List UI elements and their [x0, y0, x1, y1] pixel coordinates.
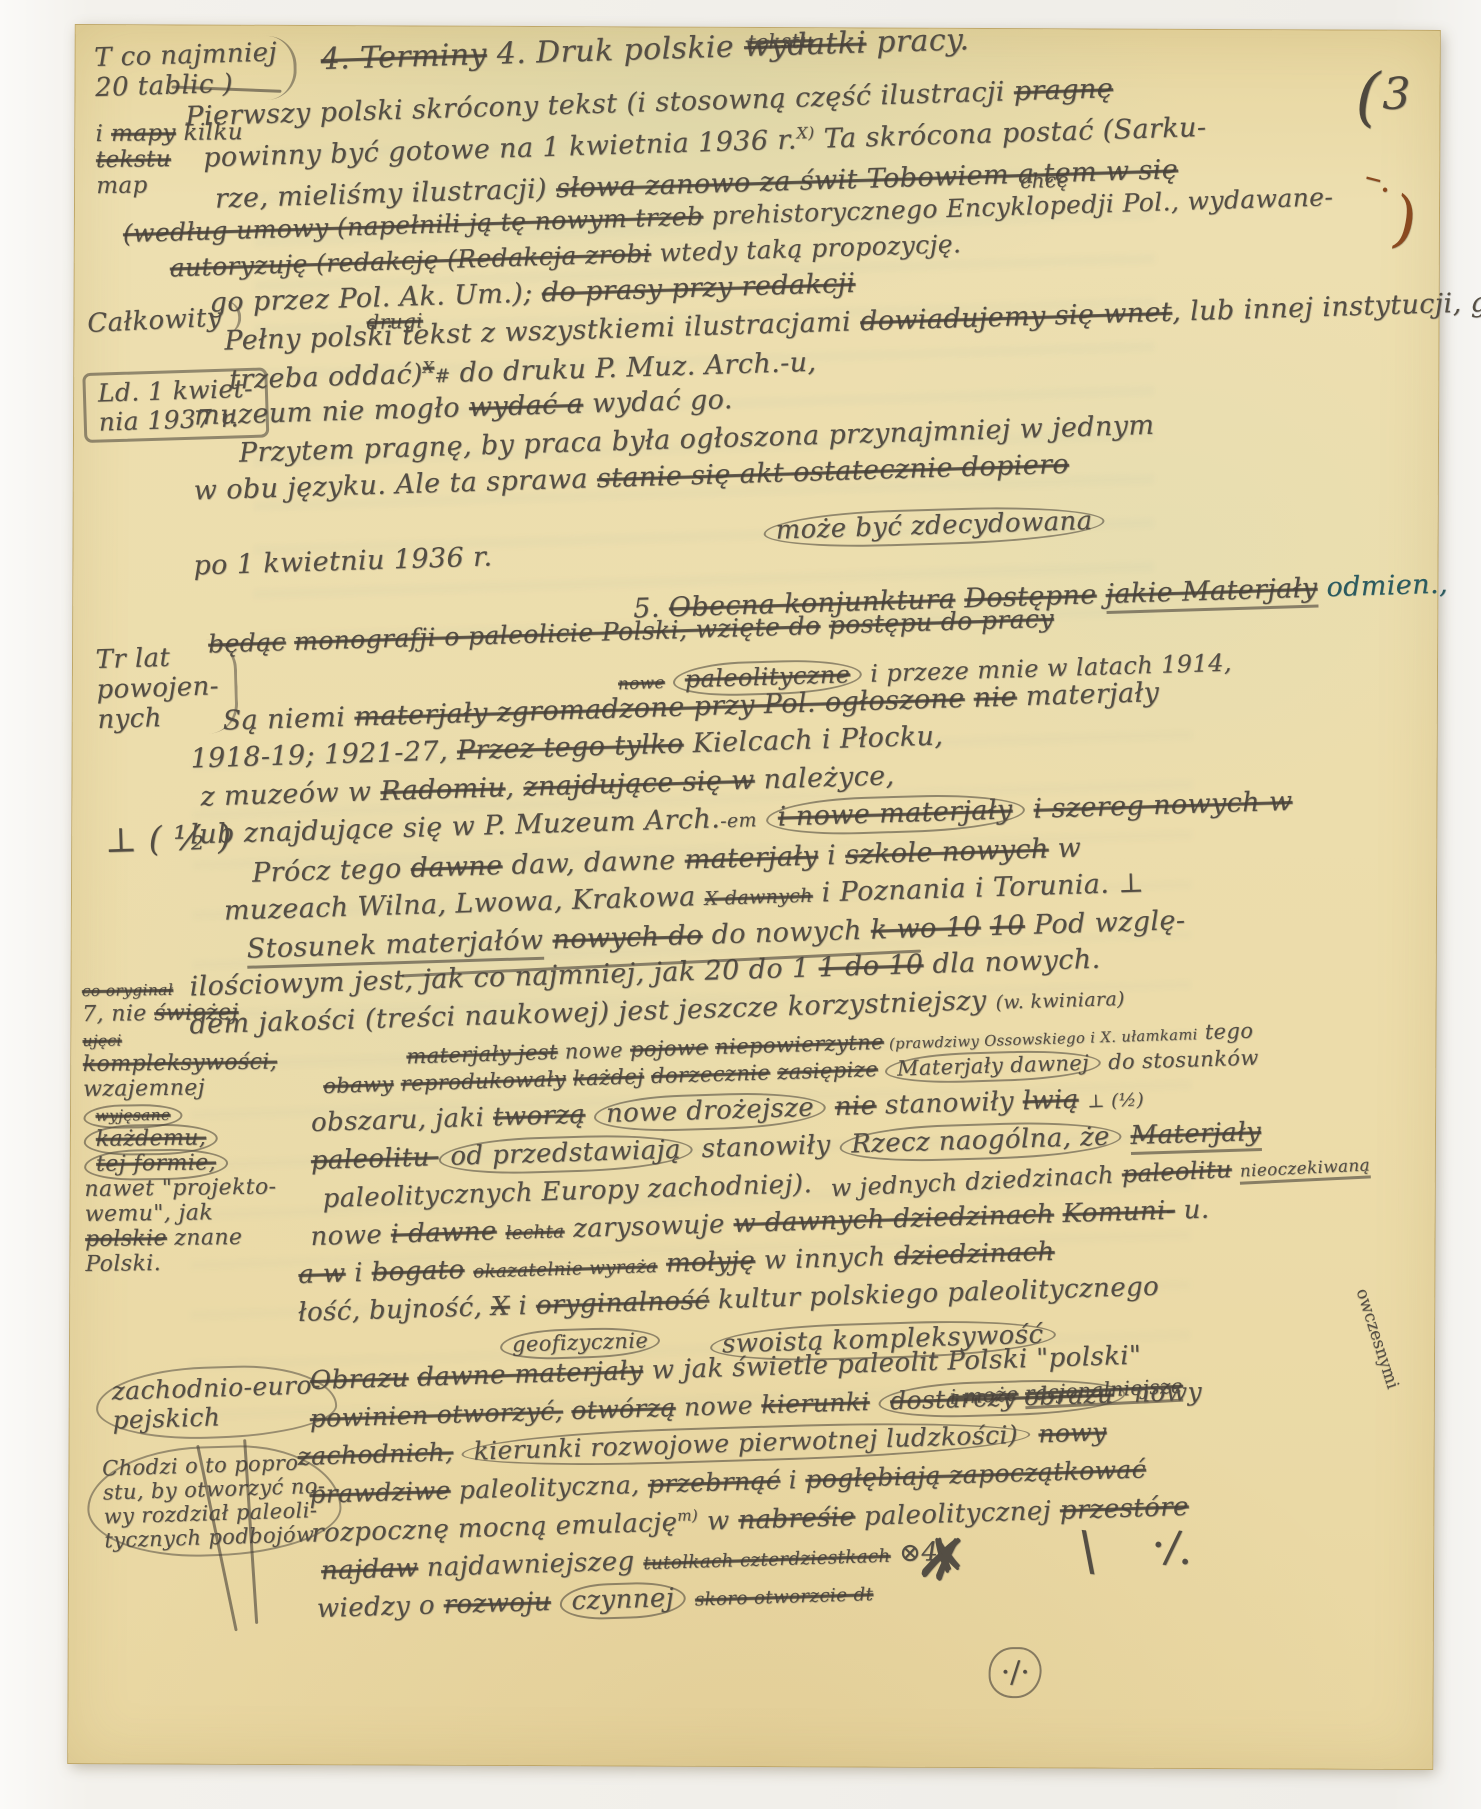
handwriting-segment: "polski": [1036, 1341, 1142, 1374]
handwriting-segment: Tr lat: [95, 643, 171, 675]
handwriting-segment: Kielcach i Płocku,: [683, 721, 944, 760]
handwriting-segment: Radomiu: [380, 772, 506, 807]
handwriting-segment: postępu do pracy: [828, 604, 1054, 640]
handwriting-segment: polskie: [85, 1226, 167, 1252]
handwriting-segment: tutolkach czterdziestkach: [643, 1546, 891, 1575]
margin-note-line: Całkowity: [87, 303, 223, 339]
handwriting-segment: Komuni-: [1062, 1196, 1175, 1229]
handwriting-segment: nowe: [310, 1220, 391, 1252]
handwriting-segment: najdaw: [321, 1553, 419, 1586]
handwriting-segment: u.: [1174, 1195, 1209, 1226]
handwriting-segment: tycznych podbojów: [104, 1522, 315, 1552]
handwriting-layer: tekstu4. Terminy 4. Druk polskie wydatki…: [76, 25, 1440, 31]
handwriting-segment: i nowe materjały: [765, 792, 1025, 837]
margin-note-line: Tr lat: [95, 641, 218, 675]
handwriting-segment: [453, 1437, 462, 1466]
handwriting-segment: ,: [505, 772, 524, 804]
handwriting-segment: w: [1048, 832, 1081, 864]
manuscript-page: (3 T co najmniej20 tablic )i mapy kilkut…: [68, 25, 1440, 1769]
handwriting-segment: bogato: [371, 1255, 465, 1288]
handwriting-segment: nych: [97, 703, 162, 735]
handwriting-segment: do stosunków: [1101, 1046, 1259, 1075]
handwriting-segment: materjały: [1016, 677, 1159, 712]
margin-note-line: polskie znane: [85, 1225, 280, 1253]
handwriting-segment: powinny być gotowe na 1 kwietnia 1936 r.: [203, 124, 797, 173]
handwriting-segment: do prasy przy redakcji: [541, 268, 856, 309]
handwriting-segment: X): [796, 123, 815, 143]
handwriting-segment: może być zdecydowana: [763, 504, 1105, 550]
margin-note: T co najmniej20 tablic ): [94, 35, 298, 105]
handwriting-segment: otwórzą: [571, 1393, 676, 1425]
handwriting-segment: X dawnych: [704, 885, 813, 910]
handwriting-segment: powojen-: [96, 671, 219, 705]
handwriting-segment: znane: [167, 1225, 243, 1251]
handwriting-segment: nowy: [1125, 1377, 1202, 1408]
handwriting-segment: czynnej: [559, 1581, 687, 1621]
correction-mark: –.: [1361, 156, 1398, 202]
handwriting-segment: dawne: [410, 850, 503, 884]
handwriting-segment: każdej: [573, 1064, 645, 1090]
handwriting-segment: daw, dawne: [502, 845, 685, 882]
handwriting-segment: paleolitu: [1121, 1155, 1232, 1188]
margin-note-line: kompleksywości,: [83, 1050, 278, 1078]
handwriting-segment: w jak świetle paleolit Polski: [643, 1344, 1037, 1386]
margin-note-line: nych: [97, 701, 220, 735]
page-number-digit: 3: [1382, 69, 1410, 120]
handwriting-segment: stanowiły: [693, 1130, 840, 1164]
handwriting-segment: zachodnich,: [297, 1437, 454, 1471]
scan-canvas: { "document": { "kind": "handwritten man…: [0, 0, 1481, 1809]
manuscript-line: geofizycznie: [500, 1328, 661, 1357]
margin-note-line: powojen-: [96, 671, 219, 705]
handwriting-segment: z muzeów w: [200, 776, 381, 812]
handwriting-segment: powinien otworzyć,: [309, 1396, 563, 1433]
handwriting-segment: Przez tego tylko: [456, 728, 684, 766]
handwriting-segment: i: [818, 840, 846, 872]
handwriting-segment: materjały jest: [406, 1040, 558, 1069]
margin-note-line: wzajemnej: [83, 1075, 278, 1103]
handwriting-segment: [878, 1057, 886, 1081]
handwriting-segment: [664, 666, 673, 694]
handwriting-segment: Prócz tego: [252, 853, 411, 889]
handwriting-segment: nowe: [618, 672, 665, 693]
handwriting-segment: skoro otworzcie dt: [695, 1584, 874, 1610]
manuscript-line: będąc monografji o paleolicie Polski, wz…: [208, 604, 1055, 659]
handwriting-segment: i: [345, 1258, 372, 1289]
handwriting-segment: kultur polskiego paleolitycznego: [709, 1272, 1160, 1316]
handwriting-segment: ujęci: [82, 1032, 122, 1051]
handwriting-segment: i: [780, 1465, 806, 1495]
page-number-paren: (: [1355, 61, 1380, 135]
margin-note-line: wemu", jak: [85, 1200, 280, 1228]
handwriting-segment: nieoczekiwaną: [1239, 1154, 1370, 1184]
scan-background: (3 T co najmniej20 tablic )i mapy kilkut…: [0, 0, 1481, 1809]
margin-note-line: wyjęsane: [83, 1100, 278, 1128]
handwriting-segment: X: [422, 357, 434, 376]
handwriting-segment: od przedstawiają: [438, 1132, 694, 1176]
handwriting-segment: wydać go.: [583, 384, 734, 420]
handwriting-segment: w obu języku. Ale ta sprawa: [193, 463, 597, 506]
handwriting-segment: dorzecznie: [651, 1060, 771, 1088]
handwriting-segment: monografji o paleolicie Polski, wzięte d…: [294, 611, 821, 656]
handwriting-segment: Polski.: [85, 1251, 161, 1277]
handwriting-segment: w innych: [755, 1242, 895, 1276]
handwriting-segment: wtedy taką propozycję.: [651, 229, 962, 267]
handwriting-segment: pragnę: [1013, 73, 1113, 107]
handwriting-segment: łość, bujność,: [298, 1292, 492, 1328]
handwriting-segment: [585, 1099, 595, 1129]
handwriting-segment: m): [677, 1506, 699, 1525]
handwriting-segment: #: [434, 365, 451, 387]
handwriting-segment: znajdujące się w: [523, 765, 755, 803]
handwriting-segment: zarysowuje: [564, 1209, 734, 1244]
handwriting-segment: pogłębiają zapoczątkować: [805, 1455, 1147, 1494]
handwriting-segment: trzeba oddać): [229, 359, 424, 396]
handwriting-segment: (w. kwiniara): [995, 988, 1125, 1014]
handwriting-segment: Rzecz naogólna, że: [839, 1119, 1123, 1164]
handwriting-segment: [550, 1587, 560, 1617]
handwriting-segment: jakie Materjały: [1105, 573, 1318, 614]
handwriting-segment: dziedzinach: [894, 1237, 1055, 1272]
handwriting-segment: wydatki: [743, 25, 866, 64]
handwriting-segment: , lub innej instytucji, gdyby: [1172, 285, 1481, 328]
handwriting-segment: T co najmniej: [94, 38, 278, 74]
handwriting-segment: zasiępize: [777, 1057, 878, 1084]
handwriting-segment: paleolityczna,: [450, 1470, 648, 1505]
handwriting-segment: nowy: [1038, 1417, 1107, 1448]
handwriting-segment: [756, 802, 766, 833]
handwriting-segment: 7, nie: [82, 1001, 154, 1027]
margin-note-line: każdemu,: [84, 1125, 279, 1153]
handwriting-segment: co oryginał: [82, 981, 174, 1000]
correction-mark: ·/.: [1148, 1519, 1198, 1576]
handwriting-segment: pojowe: [630, 1035, 709, 1061]
handwriting-segment: dowiadujemy się wnet: [860, 297, 1173, 338]
handwriting-segment: Materjały dawnej: [885, 1048, 1102, 1085]
handwriting-segment: tekstu: [96, 146, 171, 173]
handwriting-segment: dawne materjały: [417, 1356, 644, 1393]
handwriting-segment: będąc: [208, 627, 287, 658]
handwriting-segment: w: [698, 1506, 739, 1537]
handwriting-segment: w jednych dziedzinach: [830, 1160, 1122, 1202]
circled-correction-mark: ·/·: [989, 1647, 1042, 1698]
handwriting-segment: wemu", jak: [85, 1200, 214, 1227]
handwriting-segment: [1096, 579, 1106, 610]
manuscript-line: paleolitycznych Europy zachodniej).: [322, 1169, 812, 1214]
handwriting-segment: stanowiły: [876, 1086, 1023, 1120]
handwriting-segment: i: [95, 121, 111, 147]
correction-mark: ∖: [1066, 1522, 1105, 1585]
handwriting-segment: oryginalność: [535, 1285, 709, 1320]
handwriting-segment: w dawnych dziedzinach: [733, 1199, 1054, 1239]
handwriting-segment: paleolitu: [310, 1142, 438, 1176]
handwriting-segment: mołyję: [666, 1246, 756, 1279]
correction-mark: owczesnymi: [1352, 1286, 1403, 1391]
handwriting-segment: 4. Terminy: [320, 37, 487, 77]
manuscript-line: po 1 kwietniu 1936 r.: [193, 541, 493, 581]
handwriting-segment: nowe drożejsze: [593, 1090, 826, 1133]
margin-note-line: Polski.: [85, 1249, 280, 1277]
handwriting-segment: Są niemi: [222, 702, 354, 737]
handwriting-segment: materjały: [684, 841, 818, 876]
handwriting-segment: odmien.,: [1317, 569, 1448, 604]
handwriting-segment: ⊥ (½): [1087, 1090, 1144, 1113]
manuscript-line: wiedzy o rozwoju czynnej skoro otworzcie…: [316, 1577, 873, 1624]
handwriting-segment: prawdziwe: [309, 1476, 451, 1509]
handwriting-segment: należyce,: [754, 760, 895, 795]
manuscript-line: 4. Terminy 4. Druk polskie wydatki pracy…: [320, 22, 970, 77]
handwriting-segment: dla nowych.: [923, 944, 1101, 980]
handwriting-segment: do nowych: [702, 915, 871, 951]
handwriting-segment: 20 tablic ): [95, 69, 234, 103]
handwriting-segment: okazatelnie wyraża: [473, 1256, 658, 1283]
handwriting-segment: wiedzy o: [316, 1590, 444, 1624]
handwriting-segment: nabreśie: [738, 1502, 856, 1536]
handwriting-segment: Ta skrócona postać (Sarku-: [814, 112, 1207, 155]
handwriting-segment: ⊥: [1118, 868, 1145, 900]
handwriting-segment: -em: [720, 809, 757, 832]
handwriting-segment: i Poznania i Torunia.: [812, 868, 1119, 908]
handwriting-segment: 10: [989, 910, 1025, 942]
handwriting-segment: Obrazu: [309, 1363, 409, 1396]
handwriting-segment: niepowierzytne: [715, 1030, 884, 1059]
handwriting-segment: Całkowity: [87, 303, 223, 339]
handwriting-segment: nowe: [675, 1390, 761, 1422]
correction-mark: ): [1387, 181, 1424, 257]
handwriting-segment: nawet "projekto-: [84, 1175, 276, 1203]
handwriting-segment: i dawne: [390, 1216, 497, 1249]
handwriting-segment: wzajemnej: [83, 1075, 205, 1102]
handwriting-segment: reprodukowały: [400, 1067, 566, 1096]
handwriting-segment: rozpocznę mocną emulację: [311, 1508, 678, 1549]
handwriting-segment: lwią: [1022, 1085, 1079, 1117]
handwriting-segment: paleolitycznych Europy zachodniej).: [322, 1169, 812, 1214]
handwriting-segment: [869, 1387, 878, 1416]
handwriting-segment: obawy: [323, 1072, 394, 1098]
margin-note-line: T co najmniej: [94, 38, 278, 74]
handwriting-segment: muzeach Wilna, Lwowa, Krakowa: [223, 881, 705, 927]
handwriting-segment: k wo 10: [870, 911, 981, 945]
handwriting-segment: nowe: [557, 1038, 630, 1064]
handwriting-segment: mapy: [111, 120, 176, 147]
manuscript-line: może być zdecydowana: [763, 506, 1105, 546]
handwriting-segment: i: [509, 1291, 536, 1322]
handwriting-segment: nowych do: [552, 920, 703, 956]
handwriting-segment: pracy.: [866, 22, 970, 60]
handwriting-segment: przebrnąć: [647, 1466, 780, 1499]
margin-note-line: nawet "projekto-: [84, 1175, 279, 1203]
margin-note-line: pejskich: [112, 1399, 322, 1434]
handwriting-segment: łechta: [505, 1221, 565, 1244]
handwriting-segment: nie: [973, 681, 1017, 713]
handwriting-segment: tego: [1197, 1019, 1253, 1045]
handwriting-segment: Pod wzglę-: [1024, 905, 1185, 941]
handwriting-segment: kompleksywości,: [83, 1050, 278, 1078]
handwriting-segment: map: [96, 172, 148, 199]
handwriting-segment: Materjały: [1130, 1117, 1262, 1155]
margin-note: zachodnio-euro-pejskich: [95, 1363, 338, 1442]
handwriting-segment: tworzą: [493, 1100, 586, 1133]
handwriting-segment: rozwoju: [443, 1587, 551, 1620]
handwriting-segment: najdawniejszeg: [418, 1546, 644, 1583]
page-number: (3: [1355, 61, 1410, 135]
handwriting-segment: X: [490, 1292, 510, 1323]
handwriting-segment: a w: [298, 1259, 346, 1290]
margin-note-line: tej formie,: [84, 1150, 279, 1178]
handwriting-segment: po 1 kwietniu 1936 r.: [193, 541, 493, 581]
handwriting-segment: szkole nowych: [845, 833, 1049, 870]
handwriting-segment: 1918-19; 1921-27,: [190, 735, 457, 774]
handwriting-segment: kierunki: [761, 1387, 870, 1419]
handwriting-segment: 4. Druk polskie: [486, 29, 744, 72]
handwriting-segment: do druku P. Muz. Arch.-u,: [450, 347, 817, 389]
handwriting-segment: nie: [834, 1091, 877, 1122]
handwriting-segment: wydać a: [468, 389, 583, 423]
handwriting-segment: dostarczy obrazu: [877, 1377, 1126, 1420]
handwriting-segment: obszaru, jaki: [311, 1103, 494, 1139]
handwriting-segment: i szereg nowych w: [1033, 786, 1293, 825]
handwriting-segment: pejskich: [112, 1402, 221, 1434]
